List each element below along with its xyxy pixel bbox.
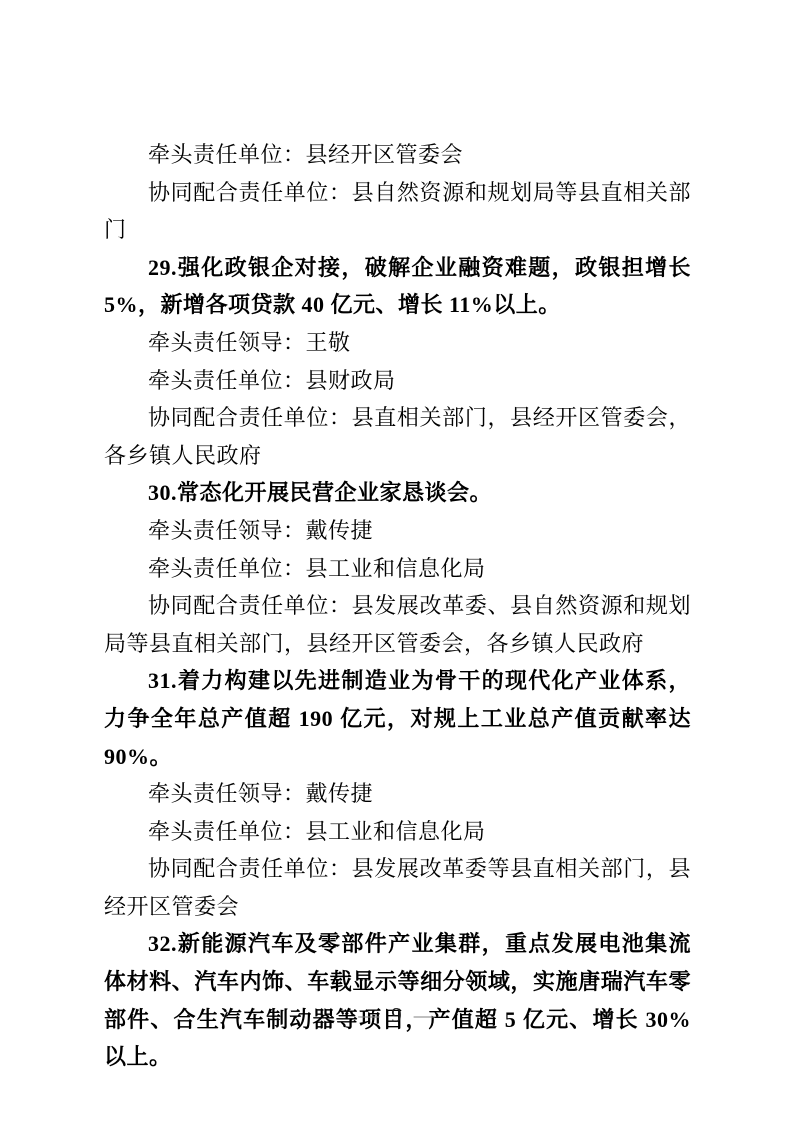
detail-paragraph: 牵头责任领导：戴传捷 xyxy=(104,775,691,813)
detail-paragraph: 协同配合责任单位：县发展改革委等县直相关部门，县经开区管委会 xyxy=(104,850,691,925)
detail-paragraph: 协同配合责任单位：县自然资源和规划局等县直相关部门 xyxy=(104,174,691,249)
detail-paragraph: 牵头责任单位：县工业和信息化局 xyxy=(104,550,691,588)
document-body: 牵头责任单位：县经开区管委会协同配合责任单位：县自然资源和规划局等县直相关部门2… xyxy=(104,136,691,1076)
detail-paragraph: 协同配合责任单位：县直相关部门，县经开区管委会，各乡镇人民政府 xyxy=(104,399,691,474)
task-paragraph: 31.着力构建以先进制造业为骨干的现代化产业体系，力争全年总产值超 190 亿元… xyxy=(104,662,691,775)
task-paragraph: 29.强化政银企对接，破解企业融资难题，政银担增长 5%，新增各项贷款 40 亿… xyxy=(104,249,691,324)
footer-left-dash: — xyxy=(358,1003,379,1027)
detail-paragraph: 牵头责任领导：戴传捷 xyxy=(104,512,691,550)
detail-paragraph: 牵头责任领导：王敬 xyxy=(104,324,691,362)
footer-right-dash: — xyxy=(414,1003,435,1027)
page-footer: —9— xyxy=(0,1000,793,1030)
detail-paragraph: 牵头责任单位：县工业和信息化局 xyxy=(104,813,691,851)
page-number: 9 xyxy=(391,1003,402,1027)
detail-paragraph: 牵头责任单位：县经开区管委会 xyxy=(104,136,691,174)
document-page: 牵头责任单位：县经开区管委会协同配合责任单位：县自然资源和规划局等县直相关部门2… xyxy=(0,0,793,1122)
detail-paragraph: 协同配合责任单位：县发展改革委、县自然资源和规划局等县直相关部门，县经开区管委会… xyxy=(104,587,691,662)
task-paragraph: 30.常态化开展民营企业家恳谈会。 xyxy=(104,474,691,512)
detail-paragraph: 牵头责任单位：县财政局 xyxy=(104,362,691,400)
